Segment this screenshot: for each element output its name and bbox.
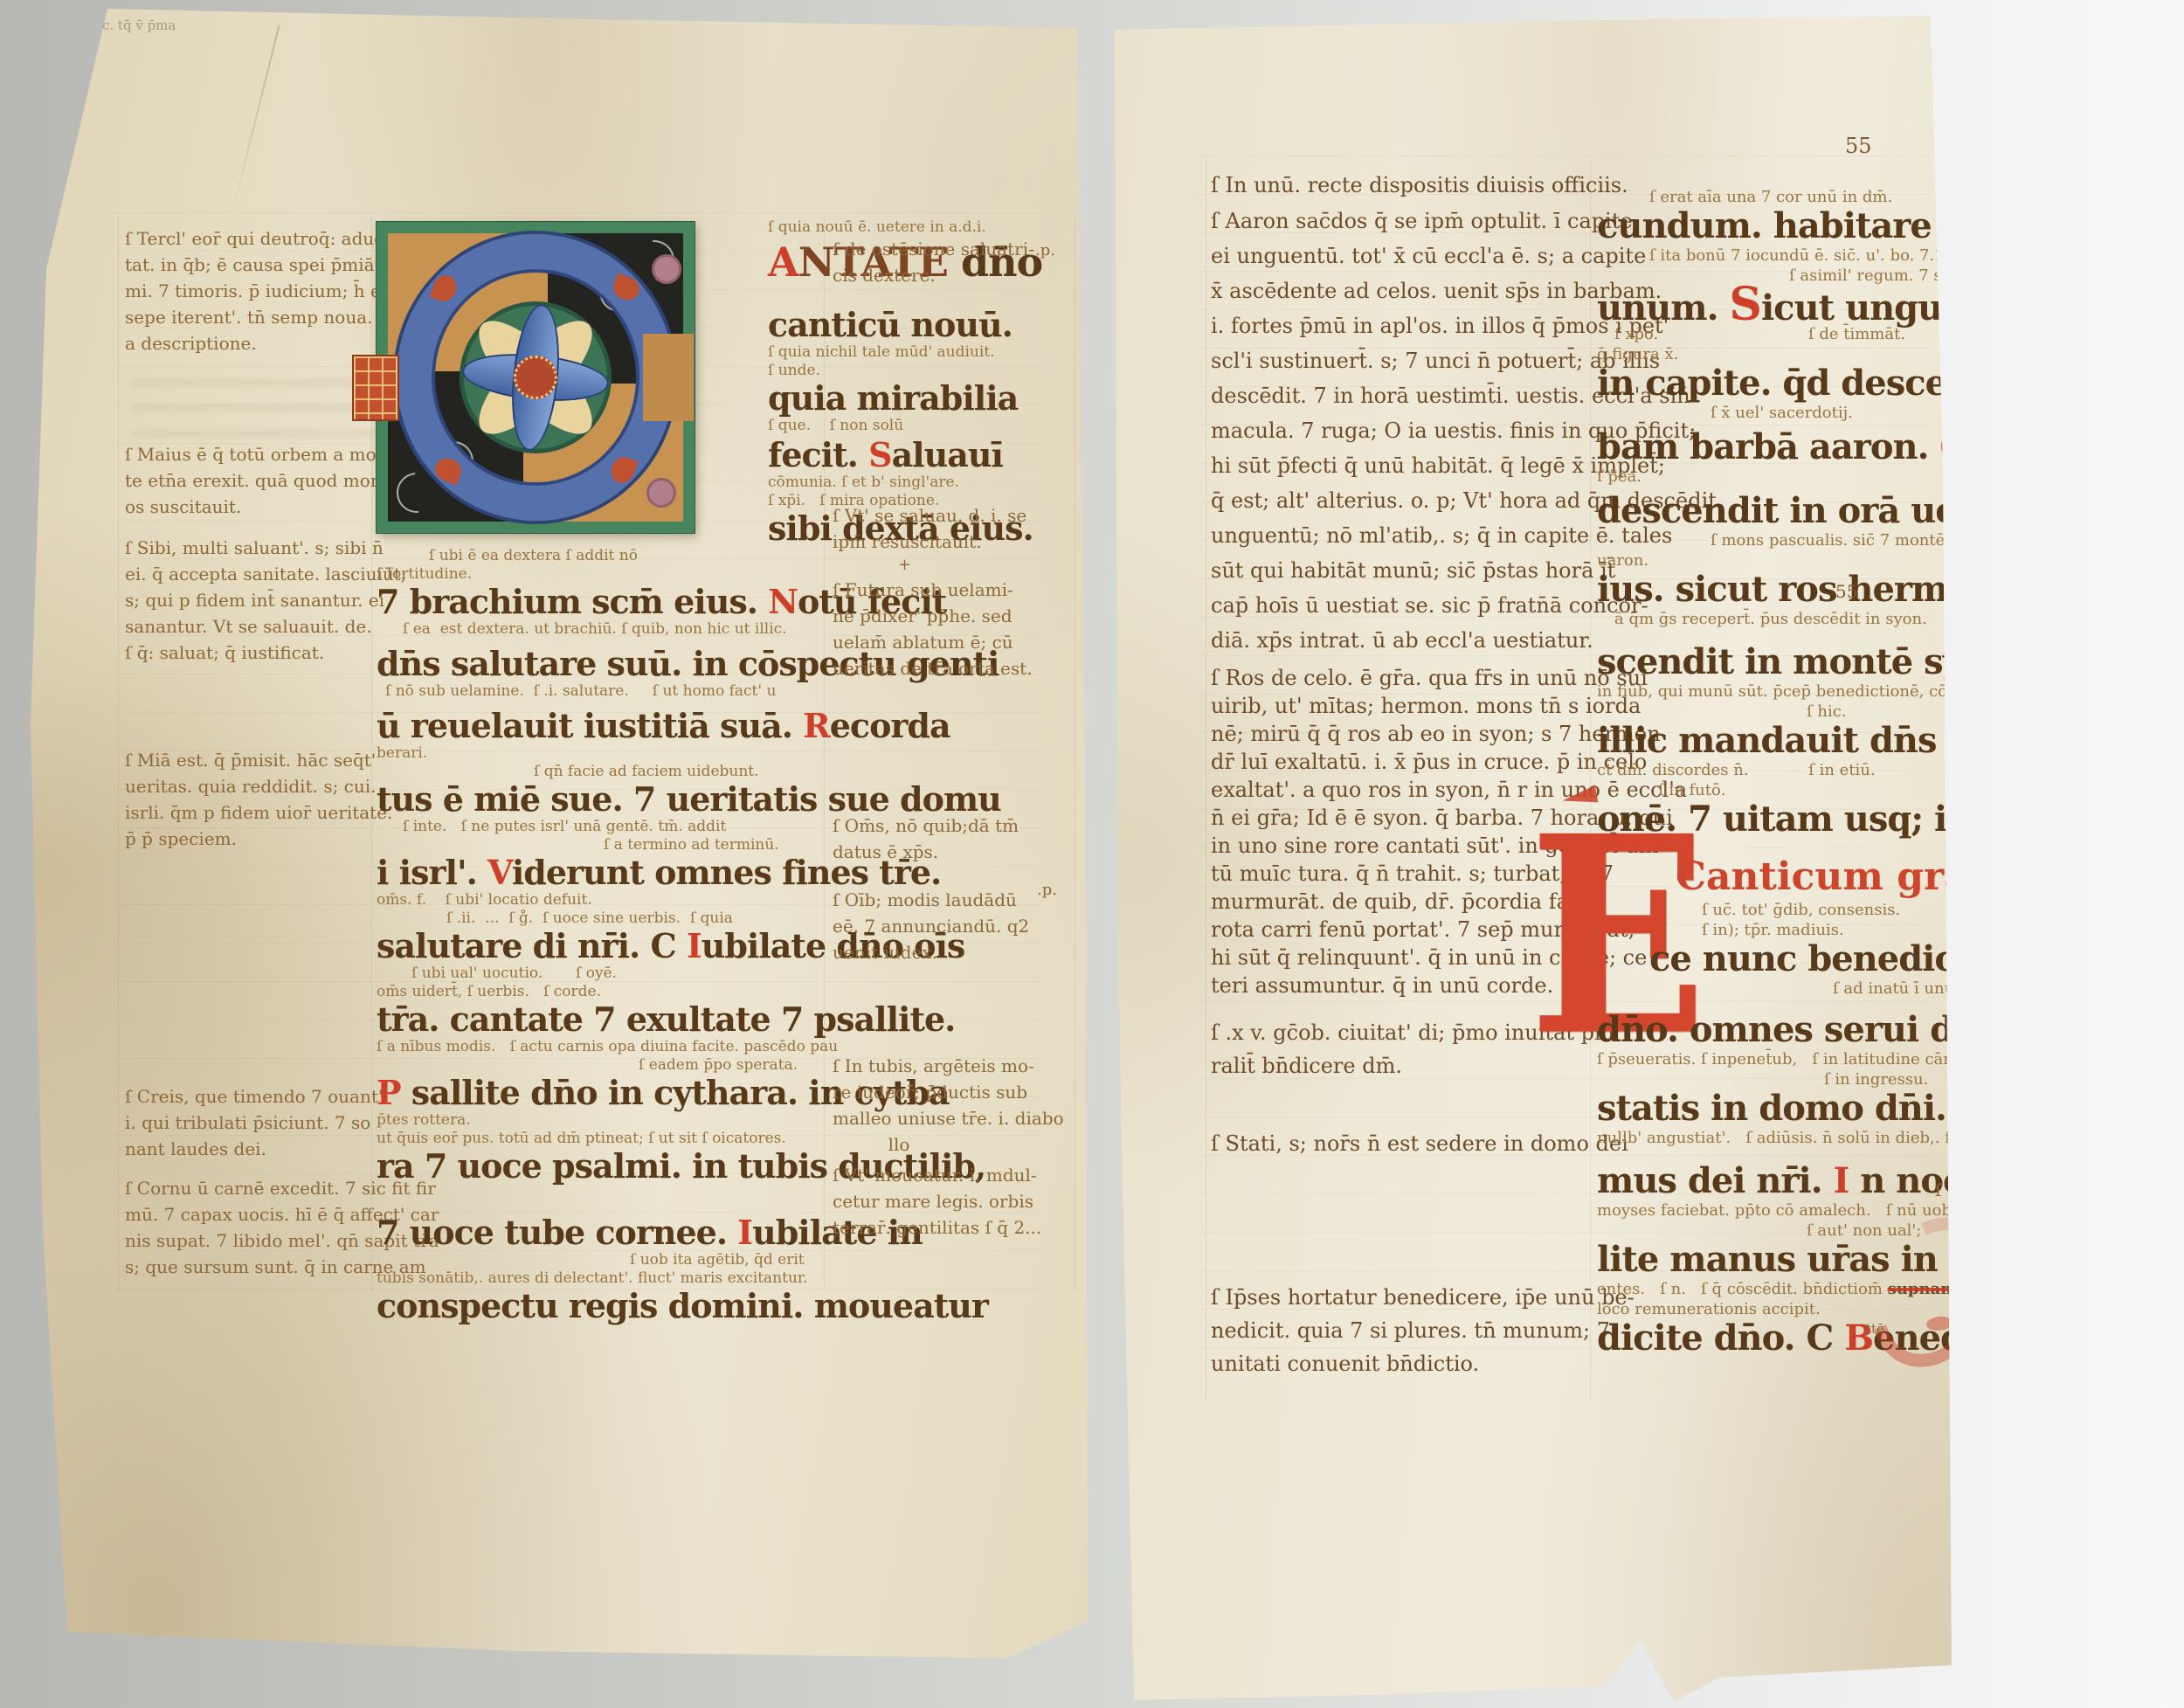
verse-line: ce nunc benedicite xyxy=(1597,940,1986,978)
show-through-text xyxy=(1968,734,2165,839)
gloss-line: eē. 7 annunciandū. q2 xyxy=(833,913,1029,939)
left-main-text-column: ſ quia nouū ē. uetere in a.d.i.ANTATE dn… xyxy=(377,218,896,1324)
gloss-line: uenit iudex. xyxy=(833,939,1029,965)
gloss-line: ſ uob ita agētib, q̄d erit xyxy=(377,1251,896,1269)
text-segment: n noctib, extol xyxy=(1849,1160,2128,1201)
gloss-line: ad eccl'am. que eos reci- xyxy=(1966,679,2184,704)
gloss-line: om̄s. f. ſ ubi' locatio defuit. xyxy=(377,891,896,909)
column-guide-line xyxy=(1206,160,1206,1400)
gloss-line: ſ in ingressu. xyxy=(1597,1069,1986,1089)
gloss-line: illis frib, de iudea. de q̄b; xyxy=(1966,301,2184,326)
right-page-main-text-column: ſ erat aīa una 7 cor unū in dm̄.cundum. … xyxy=(1597,187,1986,1358)
text-segment: canticū nouū. xyxy=(768,305,1013,344)
red-initial: I xyxy=(737,1213,752,1252)
gloss-line: sepe iterent'. tn̄ semp noua. uari xyxy=(125,304,414,330)
gloss-line: ſ p̄ea. xyxy=(1597,467,1986,487)
photograph-background: ſ Tercl' eor̄ qui deutroq̄: aduenetat. i… xyxy=(0,0,2184,1708)
gloss-line: ſ eadem p̄po sperata. xyxy=(377,1056,896,1075)
gloss-block: ſ Vt' moueatur. i. mdul-cetur mare legis… xyxy=(833,1162,1041,1241)
gloss-line: ſ ubi ē ea dextera ſ addit nō xyxy=(377,547,896,565)
gloss-line: cetur mare legis. orbis xyxy=(833,1188,1041,1214)
text-segment: cundum. habitare fratres in xyxy=(1597,205,2118,246)
text-segment: salutare di nr̄i. C xyxy=(377,926,687,965)
red-initial: P xyxy=(377,1073,401,1112)
gloss-line: terrar̄. gentilitas ſ q̄ 2... xyxy=(833,1214,1041,1241)
text-segment: ce nunc benedicite xyxy=(1649,938,2004,979)
gloss-line: tat. in q̄b; ē causa spei p̄miā p̄ xyxy=(125,252,414,278)
gloss-block: ſ Vt' se saluau. d. i. seipm̄ resuscitau… xyxy=(833,502,1026,555)
gloss-line: una. xyxy=(1966,351,2184,377)
gloss-block: ſ In tubis, argēteis mo-re iudeor̄; p̄du… xyxy=(833,1053,1064,1158)
gloss-line: ſ in); tp̄r. madiuis. xyxy=(1597,920,1986,940)
column-guide-line xyxy=(1075,217,1075,1291)
gloss-line: ſ asimil' regum. 7 sac̄dotū xyxy=(1597,266,1986,286)
gloss-line: ſ a nībus modis. ſ actu carnis opa diuin… xyxy=(377,1038,896,1056)
text-segment: uod xyxy=(1969,426,2040,467)
text-segment: bam barbā aaron. xyxy=(1597,426,1939,467)
gloss-line: re iudeor̄; p̄ductis sub xyxy=(833,1079,1064,1105)
verse-line: ius. sicut ros hermon qui de xyxy=(1597,570,1986,609)
floret-ornament xyxy=(652,254,681,284)
gloss-line: ſ Om̄s, nō quib;dā tm̄ xyxy=(833,813,1019,839)
left-leaf: ſ Tercl' eor̄ qui deutroq̄: aduenetat. i… xyxy=(31,7,1089,1665)
verse-line: bam barbā aaron. Quod xyxy=(1597,428,1986,467)
gloss-line: ſ sc̄do optat bn̄dici. xyxy=(1935,1178,2105,1203)
gloss-line: ueritas. quia reddidit. s; cui. xyxy=(125,773,392,799)
verse-line: mus dei nr̄i. I n noctib, extol xyxy=(1597,1162,1986,1200)
text-segment: dicite dn̄o. C xyxy=(1597,1317,1844,1359)
gloss-line: ſ Oīb; modis laudādū xyxy=(833,887,1029,913)
gloss-line: ſ x̄ uel' sacerdotij. xyxy=(1597,403,1986,423)
text-segment: ui xyxy=(2042,1009,2079,1050)
gloss-line: ſ Creis, que timendo 7 ouant'. xyxy=(125,1083,389,1110)
gloss-line: nullb' angustiat'. ſ adiūsis. n̄ solū in… xyxy=(1597,1128,1986,1148)
gloss-block: ſ habitāe ī unū; h' oīb, x̄anis. s; 7 p̄… xyxy=(1966,199,2184,377)
gloss-block: ſ Futura sub uelami-ne p̄dixer' pp̄he. s… xyxy=(833,577,1033,681)
red-initial: I xyxy=(687,926,702,965)
verse-line: cundum. habitare fratres in xyxy=(1597,207,1986,245)
verse-line: scendit in montē syon. Q in xyxy=(1597,643,1986,681)
verse-line: i isrl'. Viderunt omnes fines tr̄e. xyxy=(377,854,896,891)
parchment-crease xyxy=(229,25,280,225)
gloss-line: p̄tes rottera. xyxy=(377,1111,896,1130)
red-initial: N xyxy=(768,582,798,621)
verse-line: unum. Sicut unguentum xyxy=(1597,286,1986,324)
gloss-block: ſ Stati, s; nor̄s n̄ est sedere in domo … xyxy=(1211,1127,1628,1160)
red-initial: V xyxy=(487,853,512,892)
verse-line: statis in domo dn̄i. in atriis do xyxy=(1597,1089,1986,1128)
gloss-block: ſ Oīb; modis laudādūeē. 7 annunciandū. q… xyxy=(833,887,1029,965)
gloss-block: ſ ereus p̄s de caritate di.ſ p̄n. q̄ ad … xyxy=(1966,854,2184,905)
verse-line: conspectu regis domini. moueatur xyxy=(377,1288,896,1324)
gloss-line: ſ Ros terruis ac̄s. ū ī tr̄a xyxy=(1966,552,2184,577)
gloss-line: malleo uniuse tr̄e. i. diabo xyxy=(833,1105,1064,1131)
gloss-line: mitates ecct̄ē in fine mū xyxy=(1966,501,2184,527)
gloss-line: ſ a termino ad terminū. xyxy=(377,836,896,854)
gloss-line: ſ Ip̄ses hortatur benedicere, ip̄e unū b… xyxy=(1211,1281,1635,1314)
gloss-line: ſ Miā est. q̄ p̄misit. hāc seq̄t' xyxy=(125,747,392,773)
text-segment: scendit in montē syon. xyxy=(1597,641,2032,682)
red-initial: R xyxy=(803,706,830,745)
gloss-line: ſ ea est dextera. ut brachiū. ſ quib, no… xyxy=(377,620,896,639)
gloss-line: ſ habitāe ī unū; h' oīb, x̄ xyxy=(1966,199,2184,225)
red-initial: A xyxy=(768,239,798,286)
verse-line: ra 7 uoce psalmi. in tubis ductilib, xyxy=(377,1148,896,1185)
column-guide-line xyxy=(118,217,119,1291)
text-segment: statis in domo dn̄i. in atriis do xyxy=(1597,1088,2161,1129)
red-initial: S xyxy=(868,435,891,474)
red-initial: Q xyxy=(2032,641,2062,682)
verse-line: 7 brachium scm̄ eius. Notū fecit xyxy=(377,584,896,620)
gloss-line: mi. 7 timoris. p̄ iudicium; h̄ et si xyxy=(125,278,414,304)
right-leaf: ſ In unū. recte dispositis diuisis offic… xyxy=(1108,16,1952,1705)
margin-mark: .p. xyxy=(1035,241,1055,260)
gloss-line: ſ de ostēsione saluatri- xyxy=(833,236,1034,262)
rubric-line: Canticum graduū. xyxy=(1597,854,1986,900)
gloss-line: ſ In unū. recte dispositis diuisis offic… xyxy=(1211,169,1628,202)
gloss-line: anis. s; 7 p̄e cōuenit mo- xyxy=(1966,225,2184,250)
margin-mark: ttē xyxy=(1866,1319,1884,1338)
text-segment: ū reuelauit iustitiā suā. xyxy=(377,706,803,745)
gloss-line: tubis sonātib,. aures di delectant'. flu… xyxy=(377,1269,896,1288)
gloss-line: ſ Futura sub uelami- xyxy=(833,577,1033,603)
gloss-line: ſ ita bonū 7 iocundū ē. sic̄. u'. bo. 7.… xyxy=(1597,245,1986,266)
gloss-line: unitati conuenit bn̄dictio. xyxy=(1211,1347,1635,1380)
text-segment: entes. ſ n. ſ q̄ cōscēdit. bn̄dictiom̄ xyxy=(1597,1280,1888,1298)
text-segment: illic mandauit dn̄s benedicti xyxy=(1597,720,2123,761)
gloss-block: ſ Maius ē q̄ totū orbem a morte etn̄a er… xyxy=(125,441,397,520)
gloss-line: dr̄; erat ill' cor unū. 7 a. xyxy=(1966,326,2184,351)
gloss-block: ſ In horām usq; ad ext̄ēmitates ecct̄ē i… xyxy=(1966,476,2184,730)
gloss-line: ſ In tubis, argēteis mo- xyxy=(833,1053,1064,1079)
red-initial: I xyxy=(1834,1160,1849,1201)
gloss-line: ſ Vt' moueatur. i. mdul- xyxy=(833,1162,1041,1188)
verse-line: 7 uoce tube cornee. Iubilate in xyxy=(377,1214,896,1251)
gloss-line: om̄s uidert̄, ſ uerbis. ſ corde. xyxy=(377,983,896,1001)
verse-line: in capite. q̄d descendit in bar xyxy=(1597,364,1986,403)
gloss-line: di ḡ; ē tunica ī cōnusibil'. xyxy=(1966,527,2184,552)
gloss-line: cis dextere. xyxy=(833,262,1034,288)
gloss-line: ſ ereus p̄s de caritate di. xyxy=(1966,854,2184,880)
column-guide-line xyxy=(1957,160,1958,1400)
gloss-line: ſ Vt' se saluau. d. i. se xyxy=(833,502,1026,529)
gloss-line: pit. xyxy=(1966,704,2184,730)
show-through-text xyxy=(1968,937,2174,1156)
red-initial: S xyxy=(1729,278,1761,331)
gloss-line: i. qui tribulati p̄siciunt. 7 so xyxy=(125,1110,389,1136)
gloss-line: uelam̄ ablatum ē; cū xyxy=(833,629,1033,655)
verse-line: salutare di nr̄i. C Iubilate dn̄o oīs xyxy=(377,928,896,965)
gloss-line: ſ uc̄. tot' ḡdib, consensis. xyxy=(1597,900,1986,920)
gloss-line: uaron. xyxy=(1597,550,1986,570)
folio-number: 55 xyxy=(1845,136,1872,156)
text-segment: ius. sicut ros hermon qui de xyxy=(1597,569,2123,610)
gloss-line: ſ p̄seueratis. ſ inpenet̄ub, ſ in latitu… xyxy=(1597,1049,1986,1069)
gloss-line: isrli. q̄m p fidem uior̄ ueritatē. xyxy=(125,799,392,826)
text-segment: ecorda xyxy=(830,706,950,745)
initial-letter-opening xyxy=(643,334,694,421)
gloss-line: te etn̄a erexit. quā quod mortu xyxy=(125,467,397,494)
gloss-line: berari. xyxy=(377,744,896,763)
text-segment: conspectu regis domini. moueatur xyxy=(377,1286,988,1325)
gloss-line: ſ in futō. xyxy=(1597,780,1986,800)
gloss-line: ſ fortitudine. xyxy=(377,565,896,584)
gloss-line: s; qui p fidem int̄ sanantur. ei xyxy=(125,587,407,613)
gloss-line: ſ Stati, s; nor̄s n̄ est sedere in domo … xyxy=(1211,1127,1628,1160)
text-segment: onē. 7 uitam usq; in seculum. xyxy=(1597,799,2152,840)
gloss-line: q̄ figura x̄. xyxy=(1597,344,1986,364)
gloss-line: ſ erat aīa una 7 cor unū in dm̄. xyxy=(1597,187,1986,207)
gloss-block: ſ Miā est. q̄ p̄misit. hāc seq̄t'ueritas… xyxy=(125,747,392,852)
verse-line: dn̄o. omnes serui dn̄i. Qui xyxy=(1597,1011,1986,1049)
verse-line: tr̄a. cantate 7 exultate 7 psallite. xyxy=(377,1001,896,1038)
gloss-line: sanantur. Vt se saluauit. de. xyxy=(125,613,407,640)
gloss-line: ne p̄dixer' pp̄he. sed xyxy=(833,603,1033,629)
gloss-line: a descriptione. xyxy=(125,330,414,356)
margin-mark: .d. xyxy=(2130,588,2146,607)
gloss-line: ſ mons pascualis. sic̄ 7 montē syon. xyxy=(1597,530,1986,550)
gloss-line: nathema, ros ei q̄ pecco- xyxy=(1966,603,2184,628)
gloss-line: germinat; hermon. a- xyxy=(1966,577,2184,603)
gloss-line: ad ceteros descēdit. ū 7 xyxy=(1966,275,2184,301)
illuminated-initial-C xyxy=(377,222,695,533)
red-initial: Q xyxy=(1939,426,1969,467)
gloss-line: ſ nō sub uelamine. ſ .i. salutare. ſ ut … xyxy=(377,682,896,701)
text-segment: descendit in orā uestimentie xyxy=(1597,490,2134,531)
text-segment: 7 brachium scm̄ eius. xyxy=(377,582,768,621)
text-segment: i isrl'. xyxy=(377,853,487,892)
gloss-line: ipm̄ resuscitauit. xyxy=(833,529,1026,555)
gloss-line: llo xyxy=(833,1131,1064,1158)
text-segment: aluauī xyxy=(892,435,1003,474)
verse-line: onē. 7 uitam usq; in seculum. xyxy=(1597,800,1986,839)
gloss-line: ſ ubi ual' uocutio. ſ oyē. xyxy=(377,965,896,983)
gloss-line: nant laudes dei. xyxy=(125,1136,389,1162)
verse-line: descendit in orā uestimentie xyxy=(1597,492,1986,530)
margin-mark: .p. xyxy=(1037,881,1057,900)
verse-line: P sallite dn̄o in cythara. in cytba xyxy=(377,1075,896,1111)
initial-center-boss xyxy=(514,356,557,399)
margin-mark: c. tq̄ v̄ p̄ma xyxy=(102,16,176,35)
text-segment: unum. xyxy=(1597,287,1729,328)
text-segment: fecit. xyxy=(768,435,868,474)
gloss-block: ſ Tercl' eor̄ qui deutroq̄: aduenetat. i… xyxy=(125,225,414,356)
folio-number: 55 xyxy=(1835,582,1857,601)
floret-ornament xyxy=(646,478,676,508)
gloss-line: ſ In horām usq; ad ext̄ē xyxy=(1966,476,2184,501)
text-segment: in xyxy=(2061,641,2109,682)
gloss-line: p̄ p̄ speciem. xyxy=(125,826,392,852)
gloss-line: ueritas de tr̄a orta est. xyxy=(833,655,1033,681)
gloss-line: nedicit. quia 7 si plures. tn̄ munum; 7 xyxy=(1211,1314,1635,1347)
gloss-line: ſ Sibi, multi saluant'. s; sibi n̄ xyxy=(125,535,407,561)
gloss-block: ſ In unū. recte dispositis diuisis offic… xyxy=(1211,169,1628,202)
verse-line: tus ē miē sue. 7 ueritatis sue domu xyxy=(377,781,896,818)
gloss-line: in fiūb, qui munū sūt. p̄cep̄ benedictio… xyxy=(1597,681,1986,702)
text-segment: mus dei nr̄i. xyxy=(1597,1160,1834,1201)
text-segment: 7 uoce tube cornee. xyxy=(377,1213,737,1252)
gloss-block: ſ Sibi, multi saluant'. s; sibi n̄ei. q̄… xyxy=(125,535,407,666)
gloss-line: ſ inte. ſ ne putes isrl' unā gentē. tm̄.… xyxy=(377,818,896,836)
gloss-line: res nutrit. descēdit in xyxy=(1966,628,2184,653)
gloss-line: ā q̄m ḡs recepert̄. p̄us descēdit in syo… xyxy=(1597,609,1986,629)
gloss-line: ſ q̄: saluat; q̄ iustificat. xyxy=(125,640,407,666)
gloss-line: ſ Maius ē q̄ totū orbem a mor xyxy=(125,441,397,467)
verse-line: dn̄s salutare suū. in cōspectu genti xyxy=(377,646,896,682)
gloss-block: ſ Om̄s, nō quib;dā tm̄datus ē xp̄s. xyxy=(833,813,1019,865)
gloss-block: ſ Creis, que timendo 7 ouant'.i. qui tri… xyxy=(125,1083,389,1162)
gloss-line: ſ qn̄ facie ad faciem uidebunt. xyxy=(377,763,896,781)
text-segment: icut unguentum xyxy=(1761,287,2064,328)
verse-line: ū reuelauit iustitiā suā. Recorda xyxy=(377,708,896,744)
gloss-line: ſ ad inatū ī unū. xyxy=(1597,978,1986,999)
gloss-block: ſ sc̄do optat bn̄dici. xyxy=(1935,1178,2105,1203)
gloss-line: ſ Tercl' eor̄ qui deutroq̄: aduene xyxy=(125,225,414,252)
text-segment: quia mirabilia xyxy=(768,378,1018,418)
verse-line: illic mandauit dn̄s benedicti xyxy=(1597,722,1986,760)
gloss-line: os suscitauit. xyxy=(125,494,397,520)
gloss-line: ct̄ dm̄. discordes n̄. ſ in etiū. xyxy=(1597,760,1986,780)
text-segment: in capite. q̄d descendit in bar xyxy=(1597,363,2145,404)
gloss-line: moyses faciebat. pp̄to cō amalech. ſ nū … xyxy=(1597,1200,1986,1220)
text-segment: tr̄a. cantate 7 exultate 7 psallite. xyxy=(377,999,955,1039)
gloss-line: ſ p̄n. q̄ ad modū. S dr̄. du q̄. xyxy=(1966,880,2184,905)
gloss-line: ſ hic. xyxy=(1597,702,1986,722)
gloss-block: ſ Ip̄ses hortatur benedicere, ip̄e unū b… xyxy=(1211,1281,1635,1380)
gloss-block: ſ de ostēsione saluatri-cis dextere. xyxy=(833,236,1034,288)
gloss-line: ſ .ii. ... ſ g̊. ſ uoce sine uerbis. ſ q… xyxy=(377,909,896,928)
gloss-line: ei. q̄ accepta sanitate. lasciuiūt; xyxy=(125,561,407,587)
red-initial: Q xyxy=(2013,1009,2042,1050)
gloss-line: ut q̄uis eor̄ pus. totū ad dm̄ ptineat; … xyxy=(377,1130,896,1148)
red-tab-ornament xyxy=(352,355,399,421)
margin-mark: + xyxy=(898,556,911,575)
gloss-line: syon. qn̄ illi cōuertūt' xyxy=(1966,653,2184,679)
text-segment: dn̄o. omnes serui dn̄i. xyxy=(1597,1009,2013,1050)
gloss-line: datus ē xp̄s. xyxy=(833,839,1019,865)
gloss-line: nachis. aq̄b, tn̄ bn̄dicāt xyxy=(1966,250,2184,275)
